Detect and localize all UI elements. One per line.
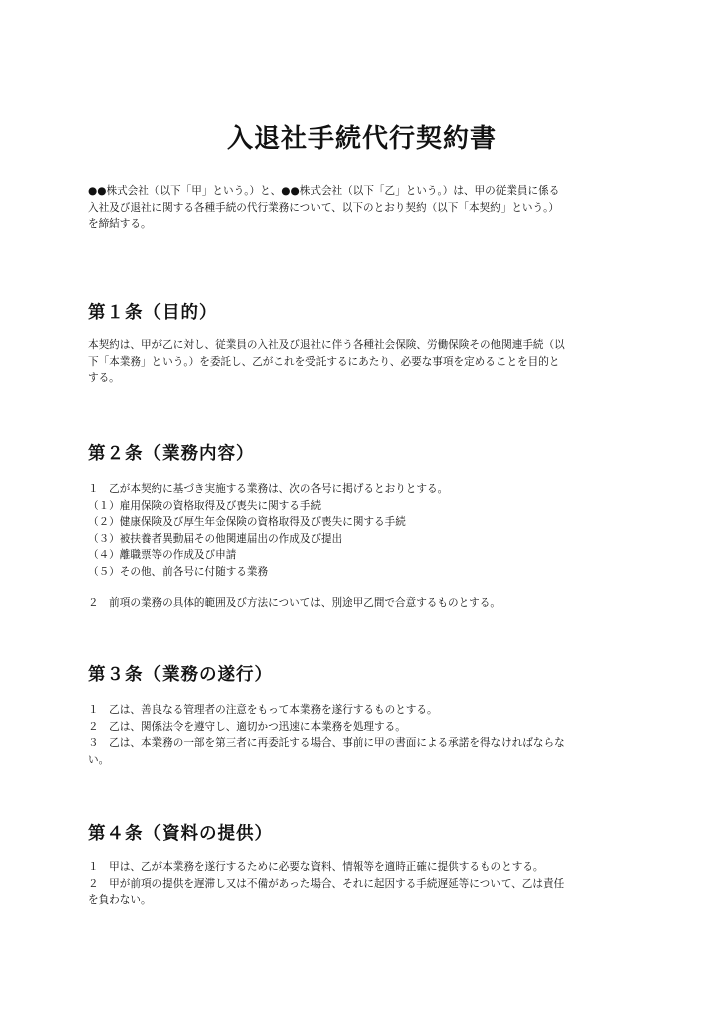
article-line: を負わない。 xyxy=(88,892,638,909)
document-title: 入退社手続代行契約書 xyxy=(0,118,724,155)
article-1-heading: 第１条（目的） xyxy=(88,299,218,324)
article-line: ３ 乙は、本業務の一部を第三者に再委託する場合、事前に甲の書面による承諾を得なけ… xyxy=(88,735,638,752)
article-line: １ 乙は、善良なる管理者の注意をもって本業務を遂行するものとする。 xyxy=(88,702,638,719)
article-line: ２ 前項の業務の具体的範囲及び方法については、別途甲乙間で合意するものとする。 xyxy=(88,595,638,612)
article-1-body: 本契約は、甲が乙に対し、従業員の入社及び退社に伴う各種社会保険、労働保険その他関… xyxy=(88,337,638,387)
article-2-body: １ 乙が本契約に基づき実施する業務は、次の各号に掲げるとおりとする。 （１）雇用… xyxy=(88,481,638,580)
preamble-line: ●●株式会社（以下「甲」という。）と、●●株式会社（以下「乙」という。）は、甲の… xyxy=(88,183,638,200)
article-3-body: １ 乙は、善良なる管理者の注意をもって本業務を遂行するものとする。 ２ 乙は、関… xyxy=(88,702,638,768)
article-line: い。 xyxy=(88,752,638,769)
article-3-heading: 第３条（業務の遂行） xyxy=(88,661,273,686)
article-line: ２ 甲が前項の提供を遅滞し又は不備があった場合、それに起因する手続遅延等について… xyxy=(88,876,638,893)
article-line: する。 xyxy=(88,370,638,387)
article-2-clause-2: ２ 前項の業務の具体的範囲及び方法については、別途甲乙間で合意するものとする。 xyxy=(88,595,638,612)
article-line: （２）健康保険及び厚生年金保険の資格取得及び喪失に関する手続 xyxy=(88,514,638,531)
article-line: １ 甲は、乙が本業務を遂行するために必要な資料、情報等を適時正確に提供するものと… xyxy=(88,859,638,876)
article-4-body: １ 甲は、乙が本業務を遂行するために必要な資料、情報等を適時正確に提供するものと… xyxy=(88,859,638,909)
preamble-line: 入社及び退社に関する各種手続の代行業務について、以下のとおり契約（以下「本契約」… xyxy=(88,200,638,217)
article-line: （４）離職票等の作成及び申請 xyxy=(88,547,638,564)
article-line: 下「本業務」という。）を委託し、乙がこれを受託するにあたり、必要な事項を定めるこ… xyxy=(88,354,638,371)
article-4-heading: 第４条（資料の提供） xyxy=(88,820,273,845)
article-line: １ 乙が本契約に基づき実施する業務は、次の各号に掲げるとおりとする。 xyxy=(88,481,638,498)
preamble: ●●株式会社（以下「甲」という。）と、●●株式会社（以下「乙」という。）は、甲の… xyxy=(88,183,638,233)
article-line: （３）被扶養者異動届その他関連届出の作成及び提出 xyxy=(88,531,638,548)
preamble-line: を締結する。 xyxy=(88,216,638,233)
article-2-heading: 第２条（業務内容） xyxy=(88,440,255,465)
article-line: （１）雇用保険の資格取得及び喪失に関する手続 xyxy=(88,498,638,515)
article-line: 本契約は、甲が乙に対し、従業員の入社及び退社に伴う各種社会保険、労働保険その他関… xyxy=(88,337,638,354)
article-line: ２ 乙は、関係法令を遵守し、適切かつ迅速に本業務を処理する。 xyxy=(88,719,638,736)
article-line: （５）その他、前各号に付随する業務 xyxy=(88,564,638,581)
